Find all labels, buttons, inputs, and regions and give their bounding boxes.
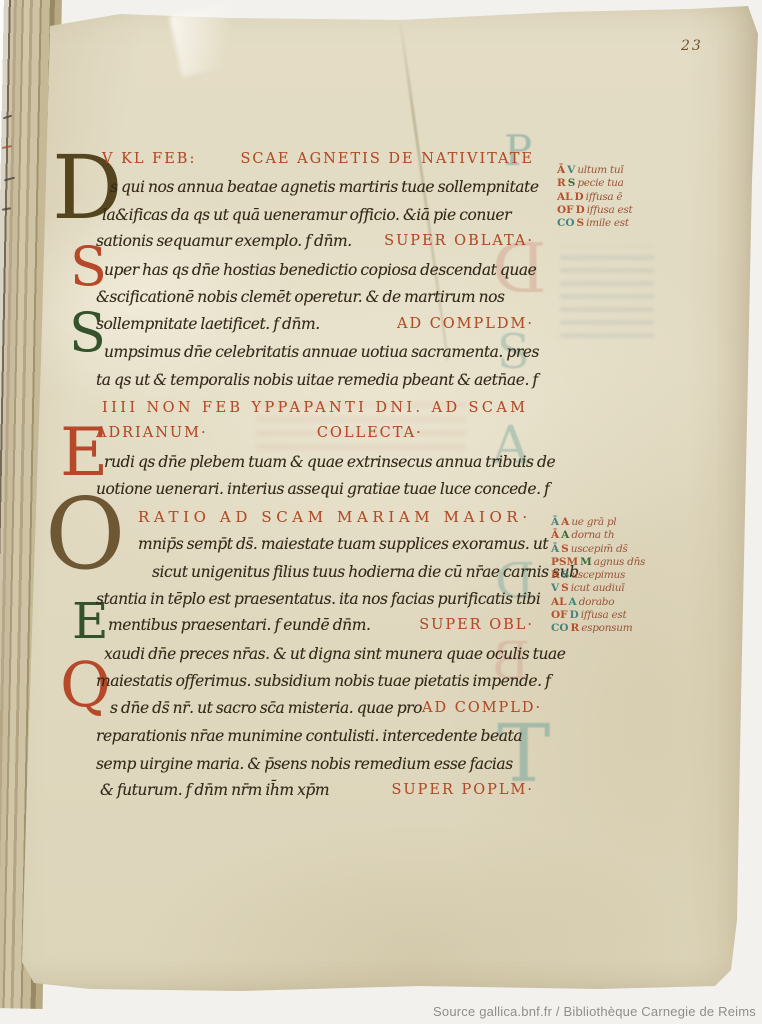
- body-text: mnip̄s semp̄t ds̄. maiestate tuam suppli…: [138, 535, 548, 553]
- cue-incipit-text: esponsum: [581, 622, 632, 634]
- manuscript-scan-page: { "meta": { "folio_number": "23", "sourc…: [0, 0, 762, 1024]
- cue-incipit-text: uscepimus: [571, 569, 625, 581]
- body-text: s qui nos annua beatae agnetis martiris …: [110, 178, 539, 196]
- rubric-text: AD COMPLDM·: [397, 311, 534, 338]
- body-text: umpsimus dn̄e celebritatis annuae uotiua…: [104, 343, 539, 361]
- cue-initial: A: [561, 529, 569, 541]
- cue-initial: R: [557, 177, 566, 189]
- manuscript-line: la&ificas da qs ut quā ueneramur officio…: [96, 201, 534, 228]
- body-text: s dn̄e ds̄ nr̄. ut sacro sc̄a misteria. …: [110, 695, 422, 722]
- rubric-text: AD COMPLD·: [422, 695, 542, 722]
- cue-initial: CO: [557, 217, 575, 229]
- cue-initial: A: [569, 596, 577, 608]
- cue-initial: OF: [551, 609, 568, 621]
- body-text: sationis sequamur exemplo. f dn̄m.: [96, 228, 352, 255]
- body-text: sicut unigenitus filius tuus hodierna di…: [152, 563, 579, 581]
- manuscript-line: maiestatis offerimus. subsidium nobis tu…: [96, 667, 534, 694]
- cue-initial: D: [576, 204, 585, 216]
- cue-initial: V: [551, 582, 559, 594]
- margin-chant-cues-lower: ĀAue grā plĀAdorna thĀSuscepim̄ ds̄PSMMa…: [551, 516, 645, 636]
- margin-cue-row: OFDiffusa est: [557, 204, 632, 217]
- body-text: xaudi dn̄e preces nr̄as. & ut digna sint…: [104, 645, 566, 663]
- margin-cue-row: RSuscepimus: [551, 569, 645, 582]
- cue-incipit-text: pecie tua: [577, 177, 623, 189]
- cue-initial: Ā: [557, 164, 565, 176]
- cue-initial: M: [580, 556, 592, 568]
- manuscript-line: sollempnitate laetificet. f dn̄m.AD COMP…: [96, 311, 534, 338]
- manuscript-line: xaudi dn̄e preces nr̄as. & ut digna sint…: [96, 640, 534, 667]
- cue-initial: AL: [557, 191, 573, 203]
- showthrough-text-block: [560, 246, 654, 338]
- body-text: reparationis nr̄ae munimine contulisti. …: [96, 727, 522, 745]
- manuscript-line: V KL FEB:SCAE AGNETIS DE NATIVITATE: [96, 146, 534, 173]
- cue-initial: R: [571, 622, 580, 634]
- cue-incipit-text: iffusa est: [587, 204, 633, 216]
- rubric-text: SUPER OBL·: [419, 612, 534, 639]
- cue-initial: CO: [551, 622, 569, 634]
- cue-initial: D: [570, 609, 579, 621]
- body-text: rudi qs dn̄e plebem tuam & quae extrinse…: [104, 453, 555, 471]
- manuscript-line: stantia in tēplo est praesentatus. ita n…: [96, 585, 534, 612]
- cue-incipit-text: imile est: [586, 217, 629, 229]
- cue-incipit-text: icut audiuī: [571, 582, 624, 594]
- cue-initial: S: [561, 582, 569, 594]
- body-text: mentibus praesentari. f eundē dn̄m.: [108, 612, 370, 639]
- margin-cue-row: ĀAue grā pl: [551, 516, 645, 529]
- manuscript-line: uper has qs dn̄e hostias benedictio copi…: [96, 256, 534, 283]
- cue-incipit-text: agnus dn̄s: [594, 556, 645, 568]
- cue-initial: A: [561, 516, 569, 528]
- body-text: uotione uenerari. interius assequi grati…: [96, 480, 549, 498]
- manuscript-line: RATIO AD SCAM MARIAM MAIOR·: [96, 503, 534, 530]
- manuscript-line: mnip̄s semp̄t ds̄. maiestate tuam suppli…: [96, 530, 534, 557]
- cue-incipit-text: dorabo: [579, 596, 615, 608]
- margin-chant-cues-upper: ĀVultum tuīRSpecie tuaALDiffusa ēOFDiffu…: [557, 164, 632, 230]
- cue-initial: V: [567, 164, 575, 176]
- manuscript-line: &scificationē nobis clemēt operetur. & d…: [96, 283, 534, 310]
- body-text: [532, 420, 534, 447]
- cue-initial: Ā: [551, 529, 559, 541]
- margin-cue-row: COResponsum: [551, 622, 645, 635]
- cue-incipit-text: iffusa ē: [586, 191, 623, 203]
- source-attribution: Source gallica.bnf.fr / Bibliothèque Car…: [433, 1004, 756, 1019]
- cue-initial: Ā: [551, 516, 559, 528]
- manuscript-line: semp uirgine maria. & p̄sens nobis remed…: [96, 750, 534, 777]
- margin-cue-row: VSicut audiuī: [551, 582, 645, 595]
- manuscript-line: & futurum. f dn̄m nr̄m ih̄m xp̄mSUPER PO…: [96, 777, 534, 804]
- cue-initial: S: [577, 217, 585, 229]
- manuscript-line: IIII NON FEB YPPAPANTI DNI. AD SCAM: [96, 393, 534, 420]
- cue-initial: AL: [551, 596, 567, 608]
- body-text: uper has qs dn̄e hostias benedictio copi…: [104, 261, 536, 279]
- folio-number: 23: [681, 38, 703, 54]
- manuscript-line: reparationis nr̄ae munimine contulisti. …: [96, 722, 534, 749]
- manuscript-line: s qui nos annua beatae agnetis martiris …: [96, 173, 534, 200]
- manuscript-line: ADRIANUM·COLLECTA·: [96, 420, 534, 447]
- cue-incipit-text: dorna th: [571, 529, 614, 541]
- cue-incipit-text: ue grā pl: [571, 516, 616, 528]
- manuscript-line: rudi qs dn̄e plebem tuam & quae extrinse…: [96, 448, 534, 475]
- body-text: semp uirgine maria. & p̄sens nobis remed…: [96, 755, 513, 773]
- rubric-text: SUPER POPLM·: [391, 777, 534, 804]
- body-text: ta qs ut & temporalis nobis uitae remedi…: [96, 371, 538, 389]
- cue-initial: S: [562, 569, 570, 581]
- margin-cue-row: ALDiffusa ē: [557, 191, 632, 204]
- rubric-text: SUPER OBLATA·: [384, 228, 534, 255]
- rubric-text: V KL FEB:: [102, 146, 196, 173]
- body-text: la&ificas da qs ut quā ueneramur officio…: [102, 206, 511, 224]
- cue-initial: PSM: [551, 556, 578, 568]
- rubric-text: RATIO AD SCAM MARIAM MAIOR·: [138, 508, 532, 526]
- body-text: sollempnitate laetificet. f dn̄m.: [96, 311, 320, 338]
- cue-initial: D: [575, 191, 584, 203]
- margin-cue-row: OFDiffusa est: [551, 609, 645, 622]
- margin-cue-row: COSimile est: [557, 217, 632, 230]
- margin-cue-row: ĀAdorna th: [551, 529, 645, 542]
- margin-cue-row: ĀVultum tuī: [557, 164, 632, 177]
- manuscript-line: uotione uenerari. interius assequi grati…: [96, 475, 534, 502]
- margin-cue-row: RSpecie tua: [557, 177, 632, 190]
- main-text-column: V KL FEB:SCAE AGNETIS DE NATIVITATEs qui…: [96, 146, 534, 805]
- body-text: & futurum. f dn̄m nr̄m ih̄m xp̄m: [100, 777, 329, 804]
- rubric-text: SCAE AGNETIS DE NATIVITATE: [240, 146, 534, 173]
- rubric-text: COLLECTA·: [317, 420, 423, 447]
- body-text: stantia in tēplo est praesentatus. ita n…: [96, 590, 540, 608]
- rubric-text: ADRIANUM·: [96, 420, 208, 447]
- cue-initial: Ā: [551, 543, 559, 555]
- cue-initial: OF: [557, 204, 574, 216]
- margin-cue-row: PSMMagnus dn̄s: [551, 556, 645, 569]
- rubric-text: IIII NON FEB YPPAPANTI DNI. AD SCAM: [102, 400, 528, 416]
- cue-incipit-text: uscepim̄ ds̄: [571, 543, 628, 555]
- margin-cue-row: ALAdorabo: [551, 596, 645, 609]
- cue-incipit-text: iffusa est: [581, 609, 627, 621]
- manuscript-line: sationis sequamur exemplo. f dn̄m.SUPER …: [96, 228, 534, 255]
- body-text: maiestatis offerimus. subsidium nobis tu…: [96, 672, 550, 690]
- manuscript-line: s dn̄e ds̄ nr̄. ut sacro sc̄a misteria. …: [96, 695, 534, 722]
- cue-initial: R: [551, 569, 560, 581]
- manuscript-line: ta qs ut & temporalis nobis uitae remedi…: [96, 366, 534, 393]
- body-text: &scificationē nobis clemēt operetur. & d…: [96, 288, 505, 306]
- cue-incipit-text: ultum tuī: [577, 164, 623, 176]
- margin-cue-row: ĀSuscepim̄ ds̄: [551, 543, 645, 556]
- manuscript-line: mentibus praesentari. f eundē dn̄m.SUPER…: [96, 612, 534, 639]
- cue-initial: S: [561, 543, 569, 555]
- manuscript-line: sicut unigenitus filius tuus hodierna di…: [96, 558, 534, 585]
- manuscript-line: umpsimus dn̄e celebritatis annuae uotiua…: [96, 338, 534, 365]
- cue-initial: S: [568, 177, 576, 189]
